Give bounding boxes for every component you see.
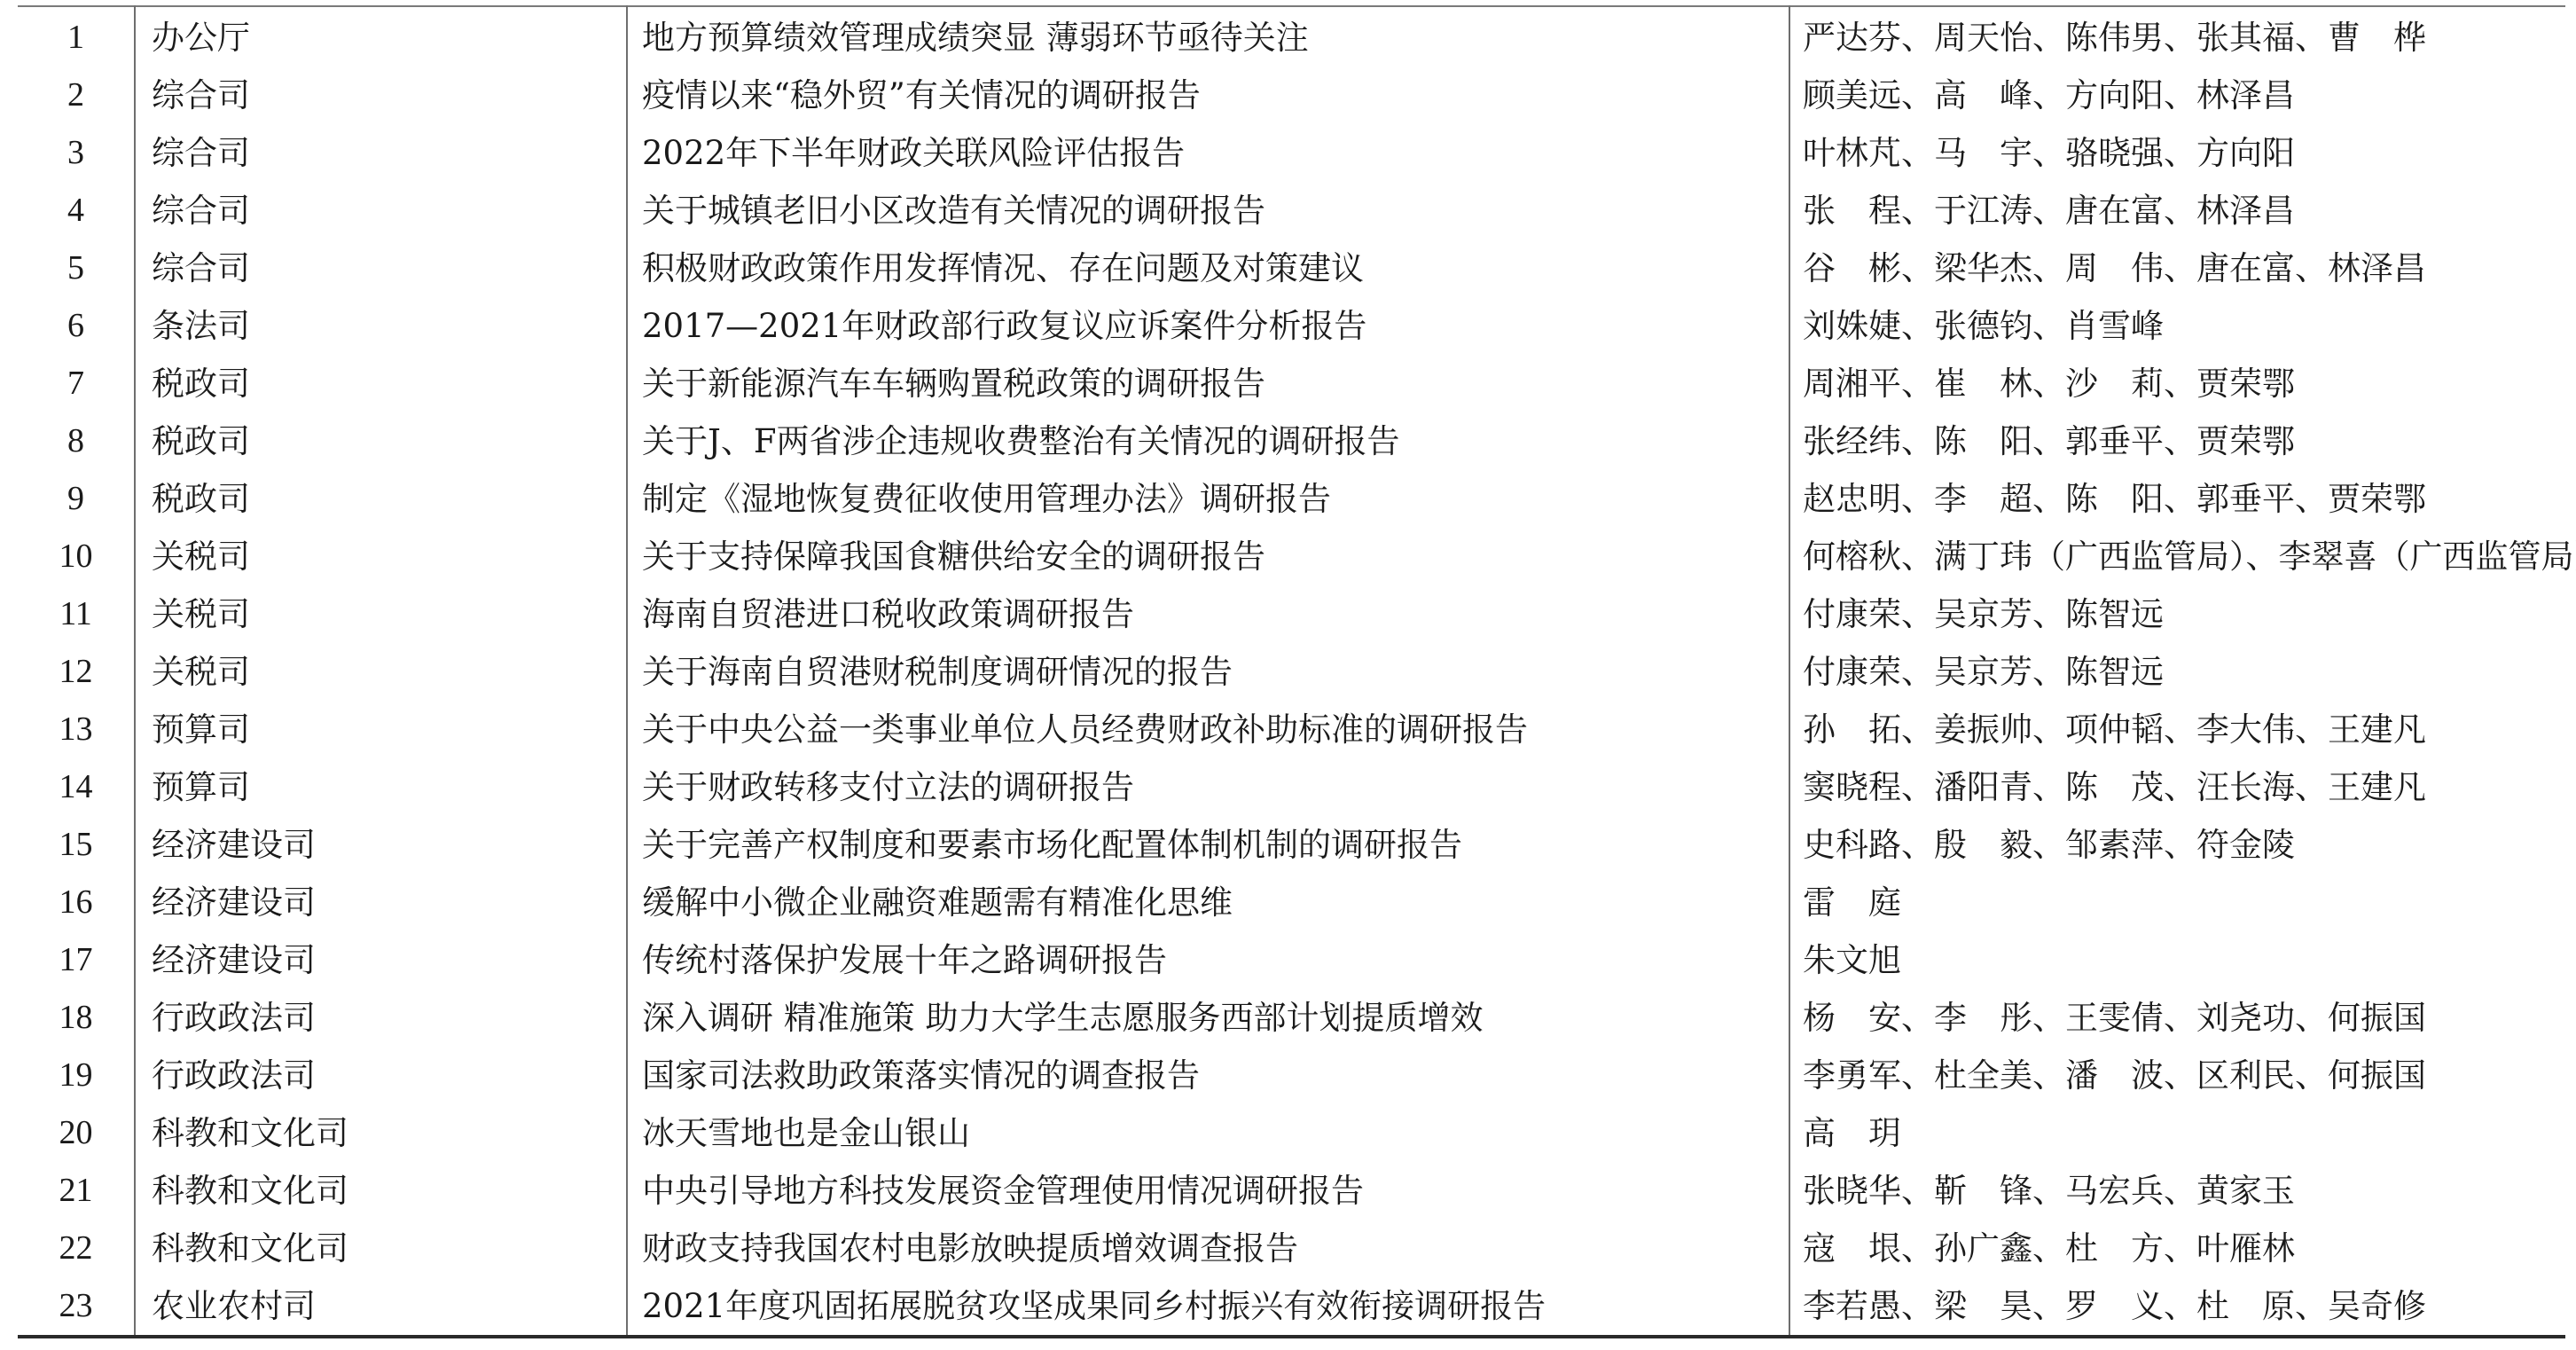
department-cell: 办公厅	[135, 6, 627, 67]
authors-cell: 高 玥	[1789, 1104, 2565, 1162]
authors-cell: 赵忠明、李 超、陈 阳、郭垂平、贾荣鄂	[1789, 470, 2565, 528]
report-title-cell: 冰天雪地也是金山银山	[627, 1104, 1789, 1162]
table-row: 1办公厅地方预算绩效管理成绩突显 薄弱环节亟待关注严达芬、周天怡、陈伟男、张其福…	[18, 6, 2565, 67]
table-row: 12关税司关于海南自贸港财税制度调研情况的报告付康荣、吴京芳、陈智远	[18, 643, 2565, 701]
report-title-cell: 国家司法救助政策落实情况的调查报告	[627, 1047, 1789, 1104]
table-row: 11关税司海南自贸港进口税收政策调研报告付康荣、吴京芳、陈智远	[18, 585, 2565, 643]
authors-cell: 窦晓程、潘阳青、陈 茂、汪长海、王建凡	[1789, 758, 2565, 816]
research-report-table: 1办公厅地方预算绩效管理成绩突显 薄弱环节亟待关注严达芬、周天怡、陈伟男、张其福…	[18, 5, 2565, 1338]
row-number: 2	[18, 67, 135, 124]
department-cell: 综合司	[135, 67, 627, 124]
table-row: 20科教和文化司冰天雪地也是金山银山高 玥	[18, 1104, 2565, 1162]
table-row: 21科教和文化司中央引导地方科技发展资金管理使用情况调研报告张晓华、靳 锋、马宏…	[18, 1162, 2565, 1220]
authors-cell: 叶林芃、马 宇、骆晓强、方向阳	[1789, 124, 2565, 182]
authors-cell: 何榕秋、满丁玮（广西监管局）、李翠喜（广西监管局）	[1789, 528, 2565, 585]
row-number: 20	[18, 1104, 135, 1162]
table-row: 10关税司关于支持保障我国食糖供给安全的调研报告何榕秋、满丁玮（广西监管局）、李…	[18, 528, 2565, 585]
report-title-cell: 传统村落保护发展十年之路调研报告	[627, 931, 1789, 989]
row-number: 21	[18, 1162, 135, 1220]
authors-cell: 史科路、殷 毅、邹素萍、符金陵	[1789, 816, 2565, 874]
report-title-cell: 2017—2021年财政部行政复议应诉案件分析报告	[627, 297, 1789, 355]
row-number: 1	[18, 6, 135, 67]
row-number: 11	[18, 585, 135, 643]
row-number: 3	[18, 124, 135, 182]
table-body: 1办公厅地方预算绩效管理成绩突显 薄弱环节亟待关注严达芬、周天怡、陈伟男、张其福…	[18, 6, 2565, 1337]
report-title-cell: 关于中央公益一类事业单位人员经费财政补助标准的调研报告	[627, 701, 1789, 758]
department-cell: 综合司	[135, 239, 627, 297]
table-row: 2综合司疫情以来“稳外贸”有关情况的调研报告顾美远、高 峰、方向阳、林泽昌	[18, 67, 2565, 124]
row-number: 16	[18, 874, 135, 931]
row-number: 10	[18, 528, 135, 585]
row-number: 8	[18, 412, 135, 470]
report-title-cell: 地方预算绩效管理成绩突显 薄弱环节亟待关注	[627, 6, 1789, 67]
report-title-cell: 关于完善产权制度和要素市场化配置体制机制的调研报告	[627, 816, 1789, 874]
department-cell: 关税司	[135, 643, 627, 701]
department-cell: 综合司	[135, 124, 627, 182]
department-cell: 综合司	[135, 182, 627, 239]
authors-cell: 朱文旭	[1789, 931, 2565, 989]
table-row: 23农业农村司2021年度巩固拓展脱贫攻坚成果同乡村振兴有效衔接调研报告李若愚、…	[18, 1277, 2565, 1337]
authors-cell: 顾美远、高 峰、方向阳、林泽昌	[1789, 67, 2565, 124]
authors-cell: 张晓华、靳 锋、马宏兵、黄家玉	[1789, 1162, 2565, 1220]
department-cell: 关税司	[135, 585, 627, 643]
department-cell: 预算司	[135, 758, 627, 816]
table-row: 7税政司关于新能源汽车车辆购置税政策的调研报告周湘平、崔 林、沙 莉、贾荣鄂	[18, 355, 2565, 412]
row-number: 5	[18, 239, 135, 297]
authors-cell: 严达芬、周天怡、陈伟男、张其福、曹 桦	[1789, 6, 2565, 67]
report-title-cell: 中央引导地方科技发展资金管理使用情况调研报告	[627, 1162, 1789, 1220]
table-row: 18行政政法司深入调研 精准施策 助力大学生志愿服务西部计划提质增效杨 安、李 …	[18, 989, 2565, 1047]
authors-cell: 李若愚、梁 昊、罗 义、杜 原、吴奇修	[1789, 1277, 2565, 1337]
row-number: 12	[18, 643, 135, 701]
department-cell: 税政司	[135, 470, 627, 528]
row-number: 4	[18, 182, 135, 239]
table-row: 13预算司关于中央公益一类事业单位人员经费财政补助标准的调研报告孙 拓、姜振帅、…	[18, 701, 2565, 758]
authors-cell: 周湘平、崔 林、沙 莉、贾荣鄂	[1789, 355, 2565, 412]
report-table-container: 1办公厅地方预算绩效管理成绩突显 薄弱环节亟待关注严达芬、周天怡、陈伟男、张其福…	[18, 5, 2565, 1338]
table-row: 14预算司关于财政转移支付立法的调研报告窦晓程、潘阳青、陈 茂、汪长海、王建凡	[18, 758, 2565, 816]
authors-cell: 寇 垠、孙广鑫、杜 方、叶雁林	[1789, 1220, 2565, 1277]
report-title-cell: 2021年度巩固拓展脱贫攻坚成果同乡村振兴有效衔接调研报告	[627, 1277, 1789, 1337]
table-row: 8税政司关于J、F两省涉企违规收费整治有关情况的调研报告张经纬、陈 阳、郭垂平、…	[18, 412, 2565, 470]
report-title-cell: 关于支持保障我国食糖供给安全的调研报告	[627, 528, 1789, 585]
report-title-cell: 2022年下半年财政关联风险评估报告	[627, 124, 1789, 182]
department-cell: 农业农村司	[135, 1277, 627, 1337]
authors-cell: 谷 彬、梁华杰、周 伟、唐在富、林泽昌	[1789, 239, 2565, 297]
table-row: 4综合司关于城镇老旧小区改造有关情况的调研报告张 程、于江涛、唐在富、林泽昌	[18, 182, 2565, 239]
report-title-cell: 海南自贸港进口税收政策调研报告	[627, 585, 1789, 643]
row-number: 13	[18, 701, 135, 758]
authors-cell: 雷 庭	[1789, 874, 2565, 931]
authors-cell: 付康荣、吴京芳、陈智远	[1789, 643, 2565, 701]
report-title-cell: 财政支持我国农村电影放映提质增效调查报告	[627, 1220, 1789, 1277]
report-title-cell: 关于新能源汽车车辆购置税政策的调研报告	[627, 355, 1789, 412]
table-row: 9税政司制定《湿地恢复费征收使用管理办法》调研报告赵忠明、李 超、陈 阳、郭垂平…	[18, 470, 2565, 528]
report-title-cell: 积极财政政策作用发挥情况、存在问题及对策建议	[627, 239, 1789, 297]
department-cell: 条法司	[135, 297, 627, 355]
department-cell: 行政政法司	[135, 989, 627, 1047]
department-cell: 科教和文化司	[135, 1220, 627, 1277]
authors-cell: 杨 安、李 彤、王雯倩、刘尧功、何振国	[1789, 989, 2565, 1047]
row-number: 23	[18, 1277, 135, 1337]
authors-cell: 张经纬、陈 阳、郭垂平、贾荣鄂	[1789, 412, 2565, 470]
department-cell: 预算司	[135, 701, 627, 758]
department-cell: 税政司	[135, 355, 627, 412]
table-row: 15经济建设司关于完善产权制度和要素市场化配置体制机制的调研报告史科路、殷 毅、…	[18, 816, 2565, 874]
row-number: 17	[18, 931, 135, 989]
report-title-cell: 疫情以来“稳外贸”有关情况的调研报告	[627, 67, 1789, 124]
row-number: 22	[18, 1220, 135, 1277]
authors-cell: 李勇军、杜全美、潘 波、区利民、何振国	[1789, 1047, 2565, 1104]
table-row: 17经济建设司传统村落保护发展十年之路调研报告朱文旭	[18, 931, 2565, 989]
report-title-cell: 关于海南自贸港财税制度调研情况的报告	[627, 643, 1789, 701]
authors-cell: 付康荣、吴京芳、陈智远	[1789, 585, 2565, 643]
row-number: 6	[18, 297, 135, 355]
report-title-cell: 关于城镇老旧小区改造有关情况的调研报告	[627, 182, 1789, 239]
department-cell: 科教和文化司	[135, 1104, 627, 1162]
row-number: 15	[18, 816, 135, 874]
table-row: 3综合司2022年下半年财政关联风险评估报告叶林芃、马 宇、骆晓强、方向阳	[18, 124, 2565, 182]
table-row: 6条法司2017—2021年财政部行政复议应诉案件分析报告刘姝婕、张德钧、肖雪峰	[18, 297, 2565, 355]
row-number: 9	[18, 470, 135, 528]
report-title-cell: 关于J、F两省涉企违规收费整治有关情况的调研报告	[627, 412, 1789, 470]
authors-cell: 刘姝婕、张德钧、肖雪峰	[1789, 297, 2565, 355]
department-cell: 经济建设司	[135, 931, 627, 989]
table-row: 16经济建设司缓解中小微企业融资难题需有精准化思维雷 庭	[18, 874, 2565, 931]
department-cell: 关税司	[135, 528, 627, 585]
row-number: 19	[18, 1047, 135, 1104]
department-cell: 税政司	[135, 412, 627, 470]
report-title-cell: 关于财政转移支付立法的调研报告	[627, 758, 1789, 816]
department-cell: 行政政法司	[135, 1047, 627, 1104]
department-cell: 科教和文化司	[135, 1162, 627, 1220]
row-number: 7	[18, 355, 135, 412]
report-title-cell: 深入调研 精准施策 助力大学生志愿服务西部计划提质增效	[627, 989, 1789, 1047]
row-number: 14	[18, 758, 135, 816]
authors-cell: 张 程、于江涛、唐在富、林泽昌	[1789, 182, 2565, 239]
report-title-cell: 制定《湿地恢复费征收使用管理办法》调研报告	[627, 470, 1789, 528]
department-cell: 经济建设司	[135, 874, 627, 931]
row-number: 18	[18, 989, 135, 1047]
table-row: 5综合司积极财政政策作用发挥情况、存在问题及对策建议谷 彬、梁华杰、周 伟、唐在…	[18, 239, 2565, 297]
authors-cell: 孙 拓、姜振帅、项仲韬、李大伟、王建凡	[1789, 701, 2565, 758]
report-title-cell: 缓解中小微企业融资难题需有精准化思维	[627, 874, 1789, 931]
table-row: 19行政政法司国家司法救助政策落实情况的调查报告李勇军、杜全美、潘 波、区利民、…	[18, 1047, 2565, 1104]
table-row: 22科教和文化司财政支持我国农村电影放映提质增效调查报告寇 垠、孙广鑫、杜 方、…	[18, 1220, 2565, 1277]
department-cell: 经济建设司	[135, 816, 627, 874]
